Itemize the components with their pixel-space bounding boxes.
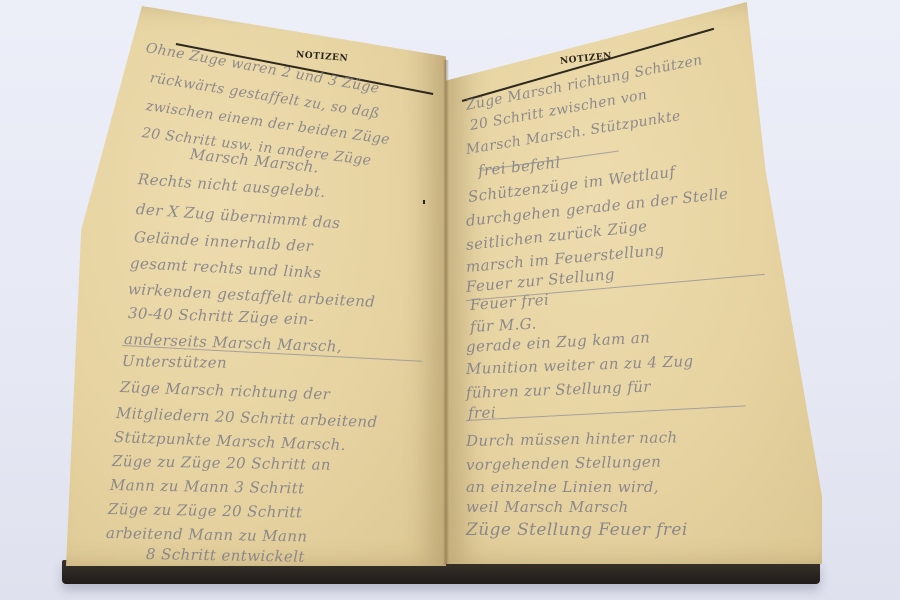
handwritten-line: Züge zu Züge 20 Schritt bbox=[108, 500, 303, 521]
handwritten-line: vorgehenden Stellungen bbox=[466, 453, 662, 474]
handwritten-line: Durch müssen hinter nach bbox=[466, 428, 678, 450]
notebook-photo: NOTIZEN NOTIZEN Ohne Zuge waren 2 und 3 … bbox=[0, 0, 900, 600]
handwritten-line: an einzelne Linien wird, bbox=[466, 478, 659, 496]
handwritten-line: Züge Stellung Feuer frei bbox=[466, 520, 688, 540]
handwritten-line: Unterstützen bbox=[122, 352, 227, 372]
handwritten-line: Züge zu Züge 20 Schritt an bbox=[112, 452, 331, 474]
handwritten-line: arbeitend Mann zu Mann bbox=[106, 524, 308, 546]
handwritten-line: für M.G. bbox=[470, 315, 538, 336]
handwritten-line: Mann zu Mann 3 Schritt bbox=[110, 476, 305, 497]
handwritten-line: 8 Schritt entwickelt bbox=[146, 545, 305, 566]
spine-gutter bbox=[443, 60, 449, 565]
margin-mark bbox=[423, 200, 425, 204]
handwritten-line: weil Marsch Marsch bbox=[466, 498, 629, 516]
